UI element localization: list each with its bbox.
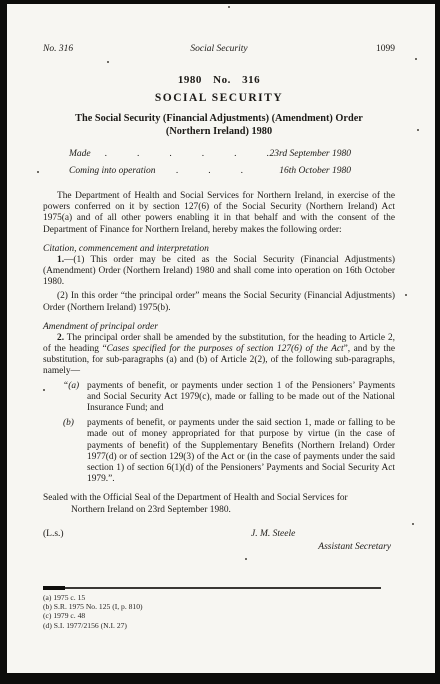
subparagraph-a-label: “(a) bbox=[63, 381, 79, 392]
signature-row: (L.s.) J. M. Steele bbox=[43, 529, 395, 539]
sealing-clause: Sealed with the Official Seal of the Dep… bbox=[43, 493, 395, 515]
signatory-title: Assistant Secretary bbox=[43, 542, 391, 552]
scan-speck bbox=[412, 523, 414, 525]
footnote-c: (c) 1979 c. 48 bbox=[43, 611, 381, 620]
subparagraph-a-text: payments of benefit, or payments under s… bbox=[87, 381, 395, 413]
dates-block: Made ...... 23rd September 1980 Coming i… bbox=[69, 149, 351, 183]
operation-label: Coming into operation bbox=[69, 166, 156, 176]
section1-paragraph2: (2) In this order “the principal order” … bbox=[43, 291, 395, 313]
footnote-a: (a) 1975 c. 15 bbox=[43, 593, 381, 602]
section2-quoted-heading: Cases specified for the purposes of sect… bbox=[107, 344, 344, 354]
scan-speck bbox=[417, 129, 419, 131]
made-label: Made bbox=[69, 149, 91, 159]
category-heading: SOCIAL SECURITY bbox=[43, 92, 395, 104]
running-header: No. 316 Social Security 1099 bbox=[43, 44, 395, 54]
subparagraph-b: (b) payments of benefit, or payments und… bbox=[43, 418, 395, 485]
instrument-number: 1980 No. 316 bbox=[43, 74, 395, 86]
order-title-line2: (Northern Ireland) 1980 bbox=[166, 126, 272, 137]
document-page: No. 316 Social Security 1099 1980 No. 31… bbox=[7, 4, 435, 673]
footnote-rule bbox=[43, 587, 381, 589]
made-row: Made ...... 23rd September 1980 bbox=[69, 149, 351, 166]
order-title: The Social Security (Financial Adjustmen… bbox=[43, 113, 395, 138]
sealing-line2: Northern Ireland on 23rd September 1980. bbox=[43, 505, 395, 516]
order-title-line1: The Social Security (Financial Adjustmen… bbox=[75, 113, 363, 124]
footnotes-section: (a) 1975 c. 15 (b) S.R. 1975 No. 125 (I,… bbox=[43, 587, 381, 630]
scan-speck bbox=[228, 6, 230, 8]
seal-mark: (L.s.) bbox=[43, 529, 203, 539]
operation-dot-leader: ... bbox=[156, 166, 280, 176]
sealing-line1: Sealed with the Official Seal of the Dep… bbox=[43, 493, 348, 503]
header-order-number: No. 316 bbox=[43, 44, 163, 54]
section1-heading: Citation, commencement and interpretatio… bbox=[43, 244, 395, 254]
footnote-d: (d) S.I. 1977/2156 (N.I. 27) bbox=[43, 621, 381, 630]
footnote-b: (b) S.R. 1975 No. 125 (I, p. 810) bbox=[43, 602, 381, 611]
subparagraph-b-label: (b) bbox=[63, 418, 74, 429]
operation-row: Coming into operation ... 16th October 1… bbox=[69, 166, 351, 183]
made-dot-leader: ...... bbox=[91, 149, 270, 159]
signatory-name: J. M. Steele bbox=[251, 529, 295, 539]
subparagraph-a: “(a) payments of benefit, or payments un… bbox=[43, 381, 395, 415]
section2-number: 2. bbox=[57, 333, 64, 343]
scan-speck bbox=[245, 558, 247, 560]
section2-heading: Amendment of principal order bbox=[43, 322, 395, 332]
section1-number: 1. bbox=[57, 255, 64, 265]
sealing-text: Sealed with the Official Seal of the Dep… bbox=[43, 493, 395, 515]
scan-speck bbox=[405, 294, 407, 296]
section2-intro-paragraph: 2. The principal order shall be amended … bbox=[43, 333, 395, 378]
operation-date: 16th October 1980 bbox=[279, 166, 351, 176]
header-subject: Social Security bbox=[163, 44, 275, 54]
subparagraph-b-text: payments of benefit, or payments under t… bbox=[87, 418, 395, 484]
scan-speck bbox=[107, 61, 109, 63]
section1-paragraph1: 1.—(1) This order may be cited as the So… bbox=[43, 255, 395, 289]
header-page-number: 1099 bbox=[275, 44, 395, 54]
made-date: 23rd September 1980 bbox=[270, 149, 351, 159]
scan-speck bbox=[43, 389, 45, 391]
scan-speck bbox=[37, 171, 39, 173]
section1-paragraph1-text: —(1) This order may be cited as the Soci… bbox=[43, 255, 395, 287]
preamble-paragraph: The Department of Health and Social Serv… bbox=[43, 191, 395, 236]
scanned-page-frame: No. 316 Social Security 1099 1980 No. 31… bbox=[0, 0, 440, 684]
scan-speck bbox=[415, 58, 417, 60]
